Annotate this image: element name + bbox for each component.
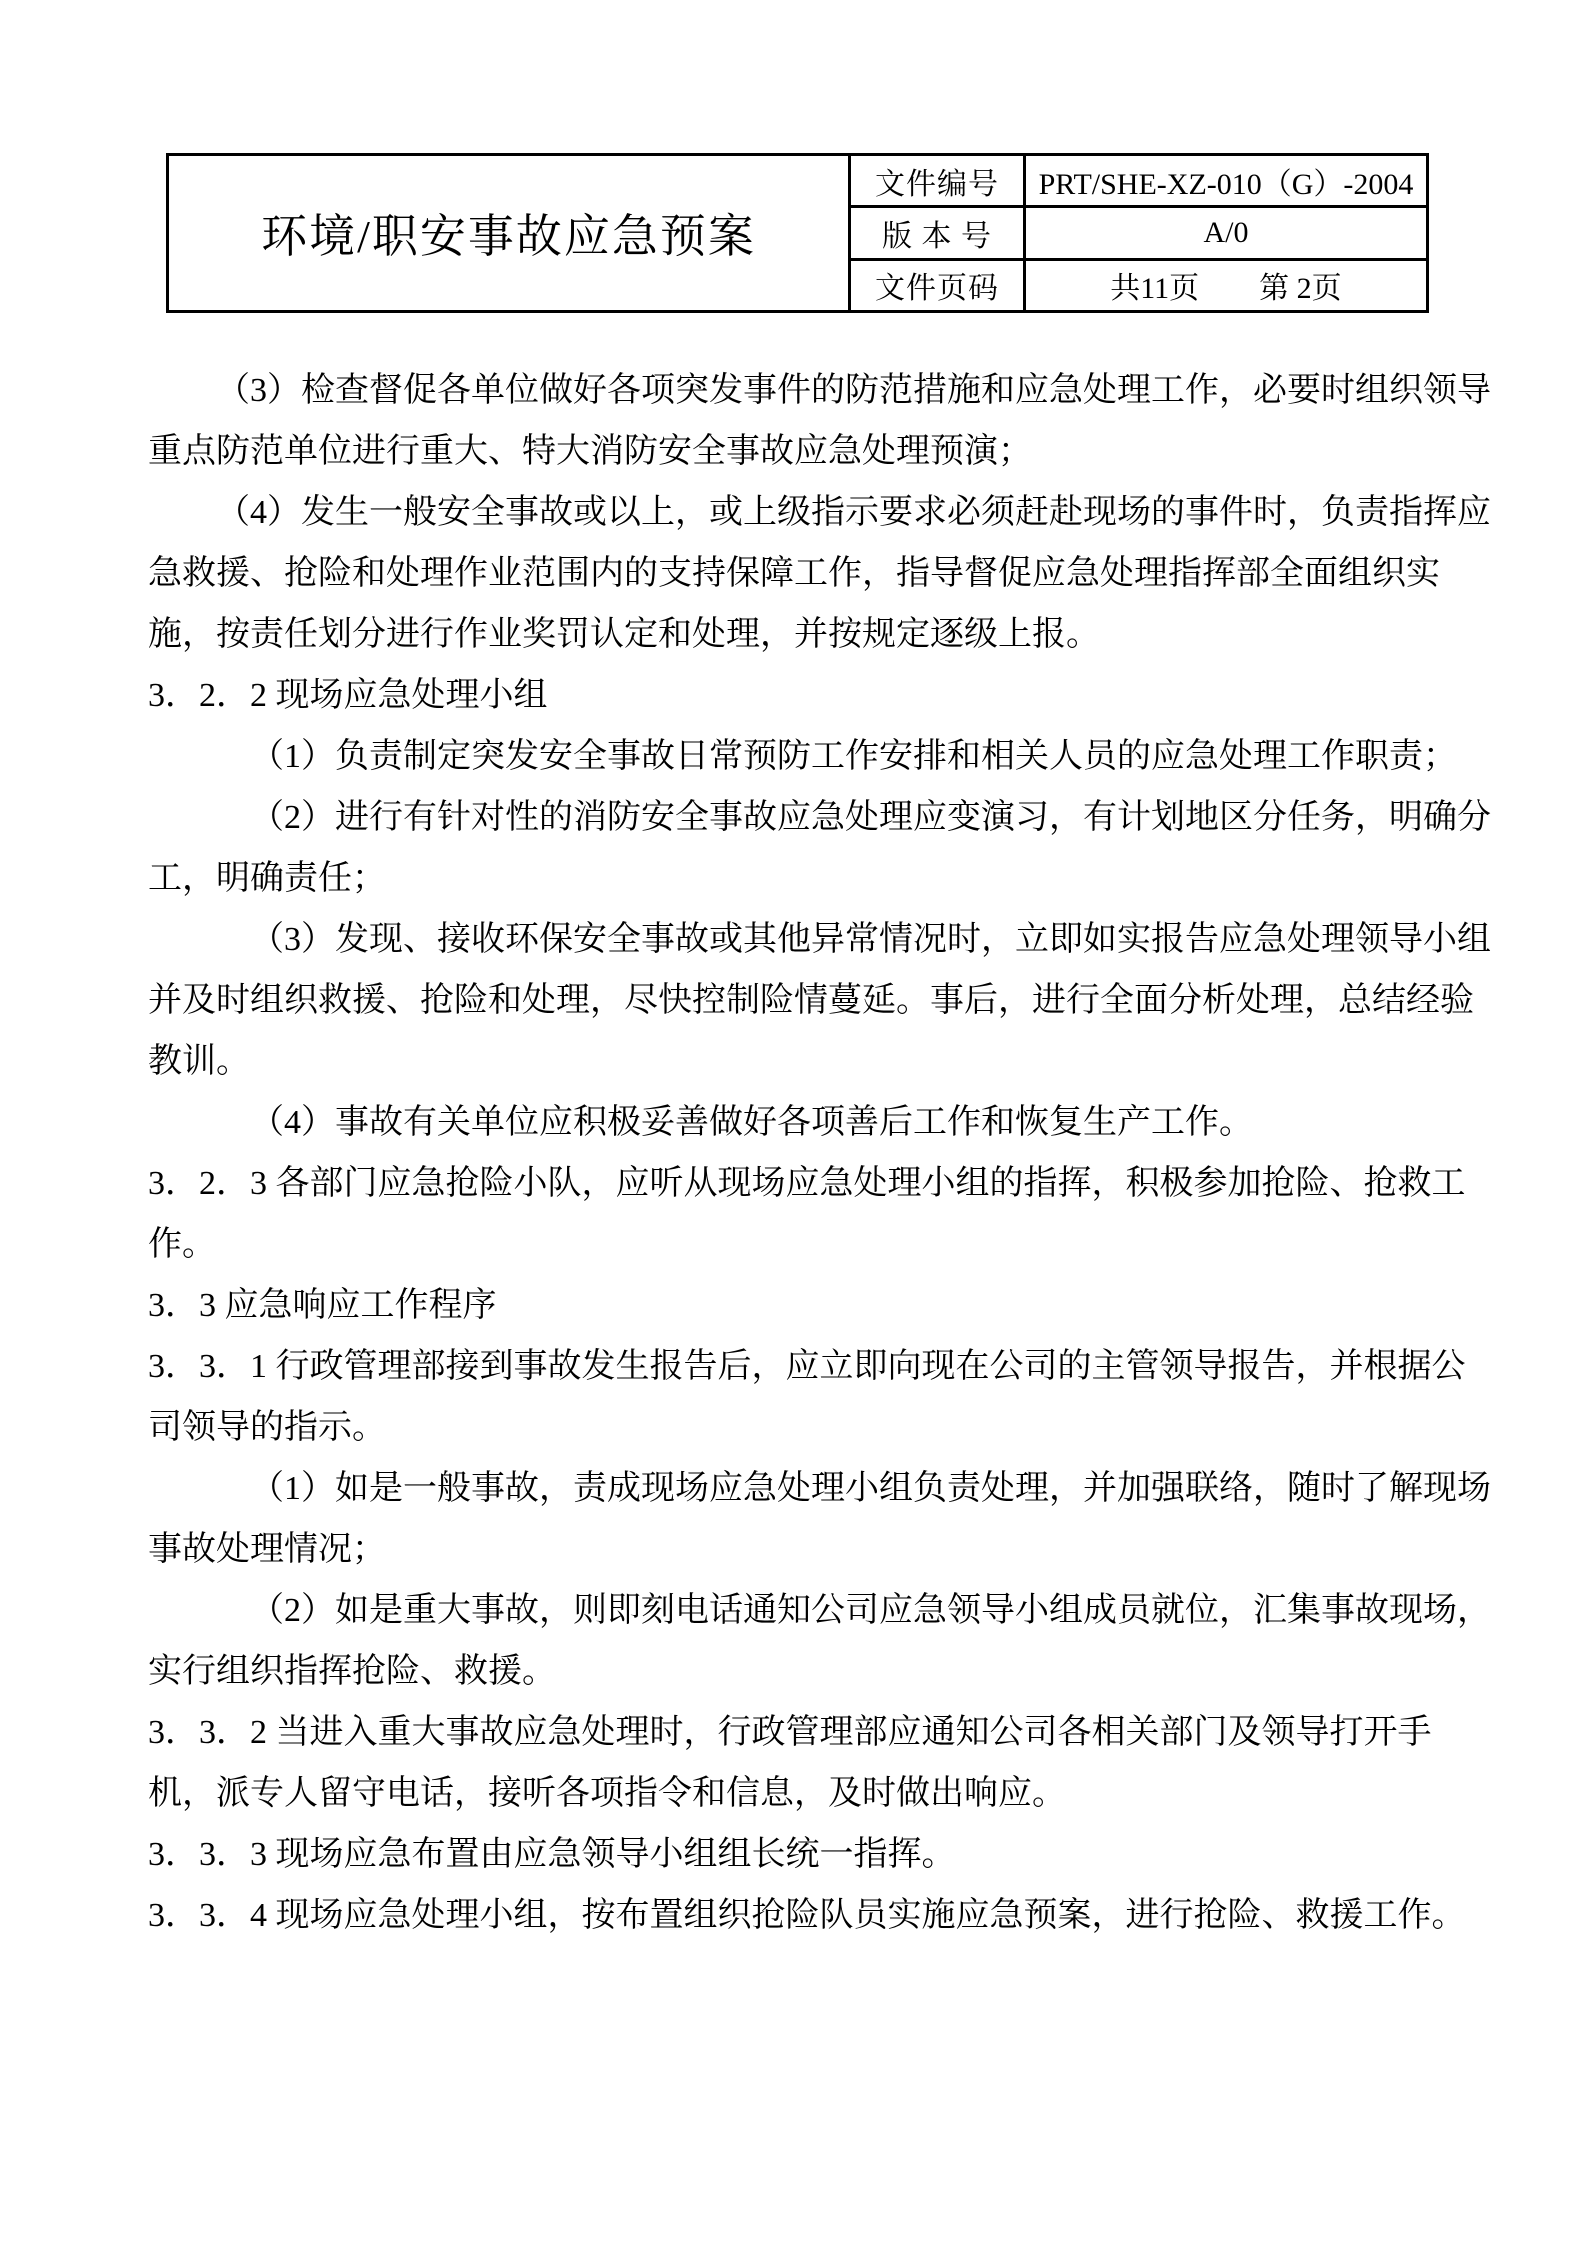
paragraph: （2）进行有针对性的消防安全事故应急处理应变演习，有计划地区分任务，明确分工，明… (148, 787, 1493, 909)
paragraph: 3．3 应急响应工作程序 (148, 1275, 1493, 1336)
paragraph: 3．3．1 行政管理部接到事故发生报告后，应立即向现在公司的主管领导报告，并根据… (148, 1336, 1493, 1458)
document-header-table: 环境/职安事故应急预案 文件编号 PRT/SHE-XZ-010（G）-2004 … (166, 153, 1429, 313)
header-row-file-number: 环境/职安事故应急预案 文件编号 PRT/SHE-XZ-010（G）-2004 (168, 155, 1428, 207)
document-page: 环境/职安事故应急预案 文件编号 PRT/SHE-XZ-010（G）-2004 … (0, 0, 1587, 2245)
document-body: （3）检查督促各单位做好各项突发事件的防范措施和应急处理工作，必要时组织领导重点… (148, 360, 1493, 1946)
paragraph: （2）如是重大事故，则即刻电话通知公司应急领导小组成员就位，汇集事故现场，实行组… (148, 1580, 1493, 1702)
paragraph: （1）负责制定突发安全事故日常预防工作安排和相关人员的应急处理工作职责； (148, 726, 1493, 787)
page-number-label: 文件页码 (850, 259, 1025, 311)
paragraph: 3．3．2 当进入重大事故应急处理时，行政管理部应通知公司各相关部门及领导打开手… (148, 1702, 1493, 1824)
paragraph: （3）检查督促各单位做好各项突发事件的防范措施和应急处理工作，必要时组织领导重点… (148, 360, 1493, 482)
paragraph: 3．3．3 现场应急布置由应急领导小组组长统一指挥。 (148, 1824, 1493, 1885)
document-title: 环境/职安事故应急预案 (168, 155, 850, 312)
page-number-value: 共11页 第 2页 (1025, 259, 1428, 311)
file-number-value: PRT/SHE-XZ-010（G）-2004 (1025, 155, 1428, 207)
paragraph: （4）事故有关单位应积极妥善做好各项善后工作和恢复生产工作。 (148, 1092, 1493, 1153)
paragraph: 3．3．4 现场应急处理小组，按布置组织抢险队员实施应急预案，进行抢险、救援工作… (148, 1885, 1493, 1946)
paragraph: （3）发现、接收环保安全事故或其他异常情况时，立即如实报告应急处理领导小组并及时… (148, 909, 1493, 1092)
file-number-label: 文件编号 (850, 155, 1025, 207)
paragraph: 3．2．3 各部门应急抢险小队，应听从现场应急处理小组的指挥，积极参加抢险、抢救… (148, 1153, 1493, 1275)
version-value: A/0 (1025, 207, 1428, 259)
paragraph: 3．2．2 现场应急处理小组 (148, 665, 1493, 726)
paragraph: （4）发生一般安全事故或以上，或上级指示要求必须赶赴现场的事件时，负责指挥应急救… (148, 482, 1493, 665)
paragraph: （1）如是一般事故，责成现场应急处理小组负责处理，并加强联络，随时了解现场事故处… (148, 1458, 1493, 1580)
version-label: 版 本 号 (850, 207, 1025, 259)
